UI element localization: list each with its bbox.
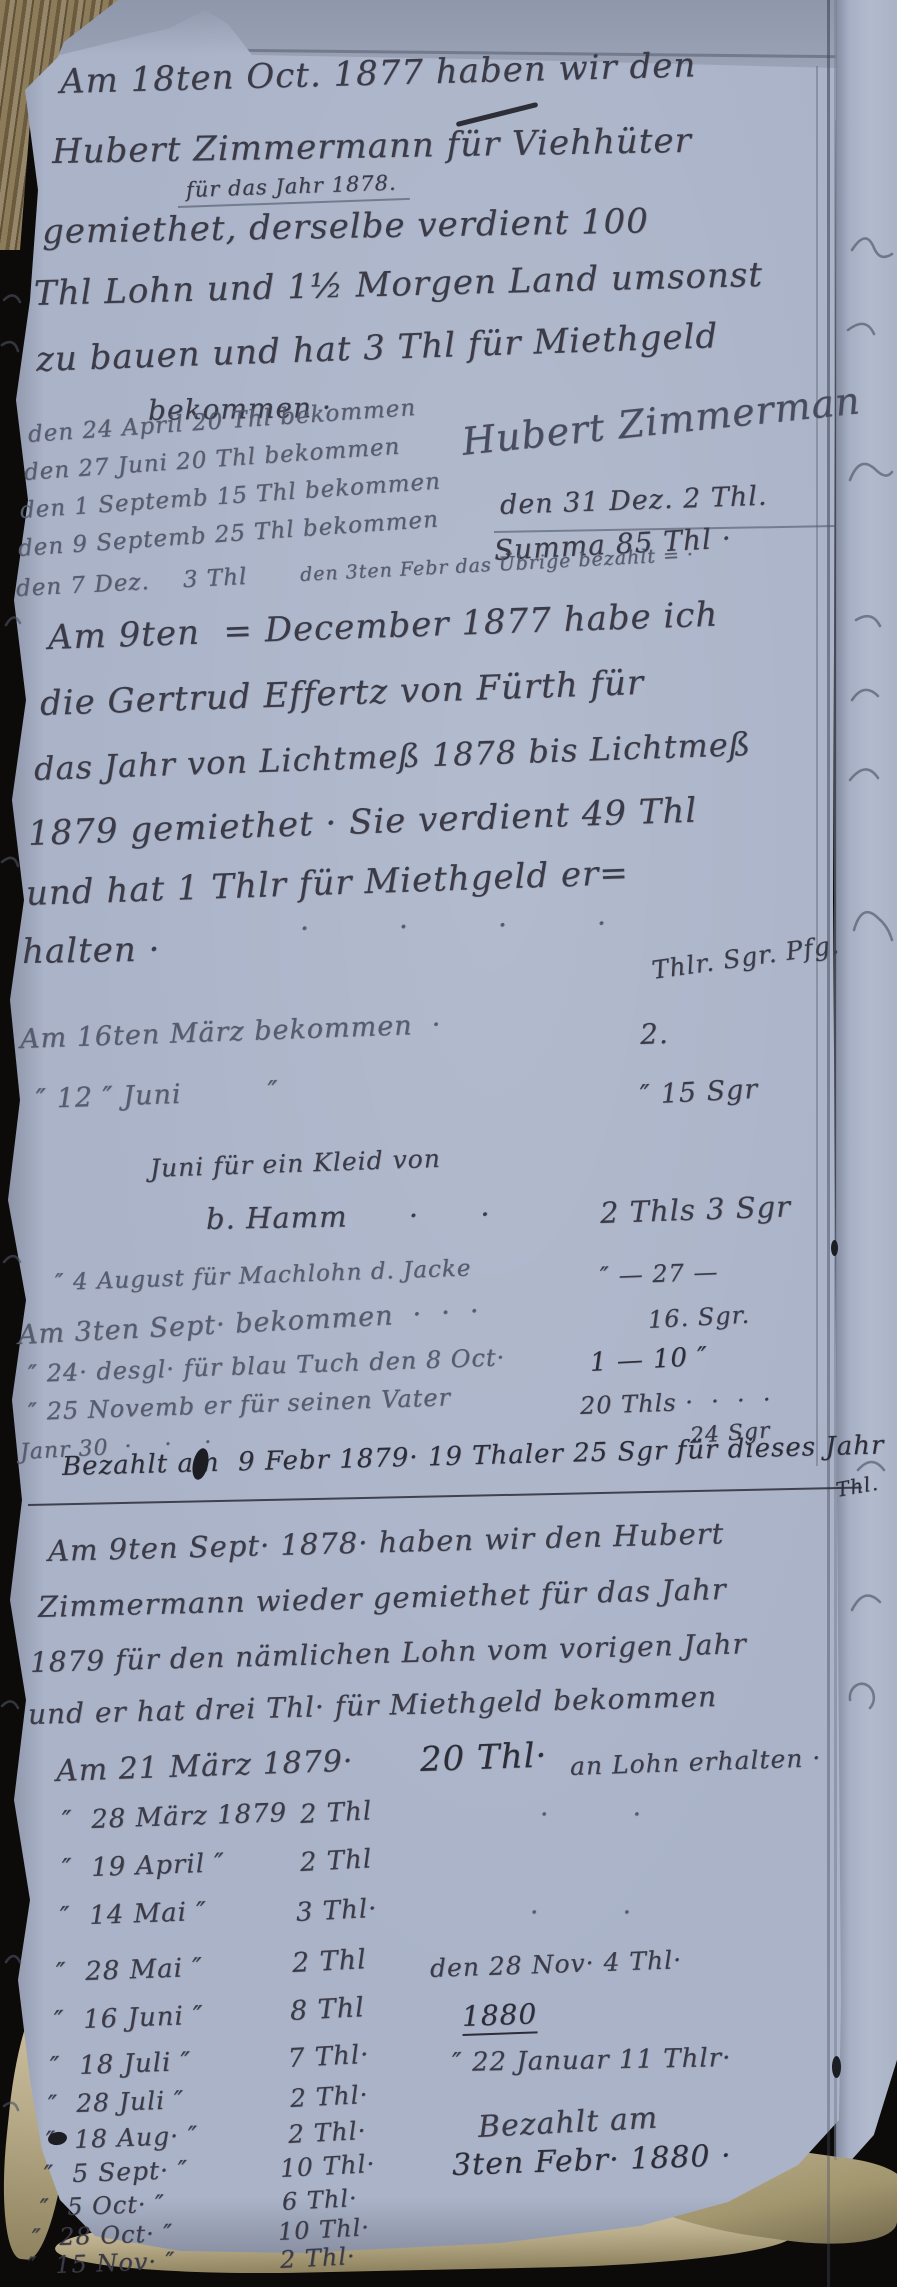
- entry3-row-amount: 2 Thl·: [287, 2116, 367, 2149]
- entry2-row-amount: ″ — 27 —: [600, 1258, 719, 1290]
- entry3-row-note-year: 1880: [461, 1997, 537, 2036]
- entry3-row-label: ″ 5 Oct· ″: [40, 2190, 166, 2222]
- entry3-row-label: ″ 28 Juli ″: [47, 2085, 184, 2119]
- entry3-row-amount: 2 Thl: [299, 1844, 373, 1878]
- entry3-first-payment-amount: 20 Thl·: [419, 1736, 548, 1780]
- crease-ink-spot: [832, 2056, 841, 2078]
- entry3-row-label: ″ 28 Mai ″: [55, 1953, 203, 1988]
- entry3-row-note: · ·: [530, 1898, 632, 1928]
- manuscript-scan: Am 18ten Oct. 1877 haben wir den Hubert …: [0, 0, 897, 2287]
- entry2-row-amount: 2 Thls 3 Sgr: [599, 1189, 791, 1230]
- entry3-row-label: ″ 14 Mai ″: [59, 1897, 207, 1932]
- entry3-row-amount: 10 Thl·: [279, 2149, 376, 2183]
- entry3-row-amount: 2 Thl·: [289, 2080, 369, 2113]
- entry3-row-amount: 8 Thl: [289, 1992, 365, 2027]
- entry3-row-amount: 7 Thl·: [287, 2040, 370, 2074]
- entry2-dots: · · · ·: [300, 907, 607, 945]
- entry2-row-amount: 16. Sgr.: [647, 1301, 750, 1334]
- entry2-row-label: b. Hamm · ·: [206, 1197, 491, 1236]
- crease-ink-spot: [831, 1240, 838, 1256]
- entry3-row-amount: 10 Thl·: [277, 2213, 370, 2246]
- entry3-row-note: · ·: [540, 1800, 642, 1830]
- entry2-row-amount: ″ 15 Sgr: [639, 1074, 759, 1111]
- entry2-line: halten ·: [22, 930, 161, 972]
- entry3-row-amount: 3 Thl·: [295, 1894, 378, 1928]
- entry3-row-amount: 6 Thl·: [281, 2184, 358, 2216]
- entry2-row-amount: 1 — 10 ″: [589, 1342, 709, 1378]
- entry3-row-label: ″ 18 Juli ″: [49, 2047, 191, 2082]
- entry3-row-note: ″ 22 Januar 11 Thlr·: [452, 2043, 732, 2078]
- entry3-row-label: ″ 5 Sept· ″: [43, 2155, 188, 2189]
- entry3-row-label: ″ 19 April ″: [61, 1848, 225, 1884]
- entry3-row-amount: 2 Thl: [291, 1944, 367, 1979]
- entry3-row-label: ″ 16 Juni ″: [53, 2001, 204, 2036]
- entry3-row-label: ″ 18 Aug· ″: [45, 2121, 198, 2155]
- entry3-row-label: ″ 15 Nov· ″: [28, 2247, 177, 2280]
- entry3-row-amount: 2 Thl·: [279, 2242, 356, 2274]
- entry3-row-amount: 2 Thl: [299, 1796, 373, 1830]
- entry2-row-amount: 2.: [639, 1017, 669, 1051]
